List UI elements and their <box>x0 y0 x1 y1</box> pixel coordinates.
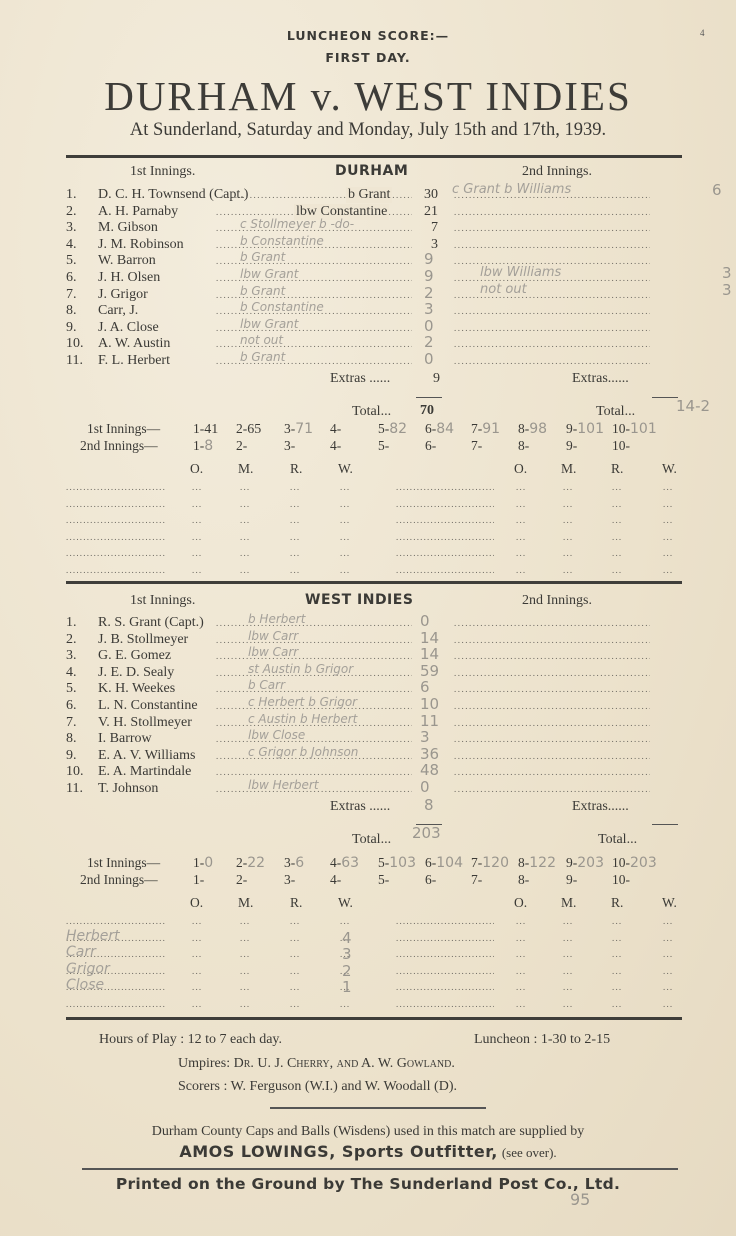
figure-slot: ... <box>563 916 573 926</box>
figure-slot: ... <box>290 916 300 926</box>
dismissal-handwritten: lbw Carr <box>248 629 298 643</box>
runs-handwritten: 9 <box>424 250 434 268</box>
figure-slot: ... <box>612 982 622 992</box>
batter-number: 10. <box>66 764 98 781</box>
dotted-leader: ........................................… <box>216 684 412 694</box>
luncheon-score-heading: LUNCHEON SCORE:— <box>0 28 736 43</box>
fall-of-wicket: 8-122 <box>518 855 556 871</box>
figure-slot: ... <box>563 499 573 509</box>
wicket-number: 6- <box>425 872 436 887</box>
batter-name: W. Barron <box>98 253 156 270</box>
bowler-name-slot: ........................................… <box>66 482 166 492</box>
fall-of-wicket: 5- <box>378 438 389 454</box>
umpires-names: Dr. U. J. Cherry, and A. W. Gowland. <box>234 1056 455 1071</box>
figure-slot: ... <box>192 966 202 976</box>
wicket-score: 6 <box>295 855 304 871</box>
figure-slot: ... <box>240 532 250 542</box>
dotted-leader-2nd: ........................................… <box>454 356 650 366</box>
figure-slot: ... <box>290 966 300 976</box>
batter-number: 10. <box>66 336 98 353</box>
fall-of-wicket: 1-41 <box>193 421 218 438</box>
fall-of-wicket: 7- <box>471 438 482 454</box>
runs-printed: 7 <box>410 220 438 236</box>
runs-handwritten: 0 <box>424 317 434 335</box>
fall-of-wicket: 8-98 <box>518 421 547 437</box>
wicket-number: 2- <box>236 855 247 870</box>
figure-slot: ... <box>663 515 673 525</box>
batter-number: 3. <box>66 648 98 665</box>
wicket-number: 8- <box>518 421 529 436</box>
dotted-leader: ........................................… <box>216 618 412 628</box>
wicket-number: 7- <box>471 872 482 887</box>
fall-of-wicket: 5-103 <box>378 855 416 871</box>
runs-handwritten: 2 <box>424 333 434 351</box>
batter-name: E. A. V. Williams <box>98 748 195 765</box>
wicket-number: 9- <box>566 855 577 870</box>
dotted-leader-2nd: ........................................… <box>454 618 650 628</box>
wicket-score: 63 <box>341 855 359 871</box>
wicket-score: 203 <box>630 855 657 871</box>
dismissal-handwritten: not out <box>240 333 283 347</box>
footer-divider <box>82 1168 678 1170</box>
fall-of-wicket: 4- <box>330 872 341 888</box>
figure-slot: ... <box>340 515 350 525</box>
umpires-label: Umpires: <box>178 1056 230 1071</box>
wickets-handwritten: 2 <box>342 962 352 980</box>
fall-of-wicket: 4-63 <box>330 855 359 871</box>
hours-of-play: Hours of Play : 12 to 7 each day. <box>99 1032 282 1048</box>
bowler-name-handwritten: Close <box>66 977 104 993</box>
dotted-leader-2nd: ........................................… <box>454 767 650 777</box>
bowler-name-slot: ........................................… <box>66 499 166 509</box>
section-divider <box>66 155 682 158</box>
bowling-col-w: W. <box>662 895 677 911</box>
wicket-score: 22 <box>247 855 265 871</box>
fall-of-wicket: 3- <box>284 872 295 888</box>
figure-slot: ... <box>516 515 526 525</box>
figure-slot: ... <box>340 999 350 1009</box>
batter-number: 8. <box>66 731 98 748</box>
dotted-leader-2nd: ........................................… <box>454 668 650 678</box>
batter-name: E. A. Martindale <box>98 764 191 781</box>
dismissal-handwritten: b Carr <box>248 678 285 692</box>
fall-of-wicket: 9- <box>566 438 577 454</box>
runs-handwritten: 36 <box>420 745 439 763</box>
figure-slot: ... <box>612 966 622 976</box>
bowler-name-slot-2nd: ........................................… <box>396 482 494 492</box>
wi-fow-1st-label: 1st Innings— <box>87 855 160 871</box>
figure-slot: ... <box>612 499 622 509</box>
batter-number: 2. <box>66 632 98 649</box>
figure-slot: ... <box>192 916 202 926</box>
dismissal-2nd-handwritten: lbw Williams <box>480 265 561 280</box>
dotted-leader-2nd: ........................................… <box>454 651 650 661</box>
runs-2nd-handwritten: 6 <box>712 181 722 199</box>
bowler-name-slot-2nd: ........................................… <box>396 966 494 976</box>
fall-of-wicket: 10-203 <box>612 855 657 871</box>
figure-slot: ... <box>340 482 350 492</box>
wicket-score: 103 <box>389 855 416 871</box>
figure-slot: ... <box>240 499 250 509</box>
runs-handwritten: 0 <box>420 778 430 796</box>
wicket-score: 91 <box>482 421 500 437</box>
figure-slot: ... <box>290 999 300 1009</box>
figure-slot: ... <box>563 548 573 558</box>
batter-number: 11. <box>66 353 98 370</box>
durham-team-heading: DURHAM <box>335 163 408 179</box>
fall-of-wicket: 3-71 <box>284 421 313 437</box>
printer-credit: Printed on the Ground by The Sunderland … <box>0 1175 736 1193</box>
figure-slot: ... <box>516 499 526 509</box>
bowling-col-r: R. <box>290 461 302 477</box>
figure-slot: ... <box>516 548 526 558</box>
dismissal-handwritten: lbw Grant <box>240 317 298 331</box>
bowling-col-m: M. <box>238 461 253 477</box>
dotted-leader-2nd: ........................................… <box>454 718 650 728</box>
wicket-number: 5- <box>378 872 389 887</box>
supplier-note: Durham County Caps and Balls (Wisdens) u… <box>0 1124 736 1140</box>
wicket-number: 8- <box>518 438 529 453</box>
durham-fow-1st-label: 1st Innings— <box>87 421 160 437</box>
batter-name: A. H. Parnaby <box>98 204 178 221</box>
wicket-number: 4- <box>330 438 341 453</box>
fall-of-wicket: 9- <box>566 872 577 888</box>
batter-number: 2. <box>66 204 98 221</box>
figure-slot: ... <box>663 933 673 943</box>
dotted-leader-2nd: ........................................… <box>454 240 650 250</box>
figure-slot: ... <box>563 515 573 525</box>
batter-name: J. A. Close <box>98 320 159 337</box>
fall-of-wicket: 4- <box>330 438 341 454</box>
dismissal-handwritten: b Grant <box>240 350 285 364</box>
dotted-leader-2nd: ........................................… <box>454 751 650 761</box>
see-over-note: (see over). <box>502 1145 557 1160</box>
wi-total-value: 203 <box>412 824 441 842</box>
figure-slot: ... <box>340 499 350 509</box>
wicket-score: 101 <box>630 421 657 437</box>
batter-number: 7. <box>66 287 98 304</box>
figure-slot: ... <box>663 916 673 926</box>
runs-printed: 21 <box>410 204 438 220</box>
dismissal-handwritten: b Grant <box>240 250 285 264</box>
figure-slot: ... <box>516 565 526 575</box>
figure-slot: ... <box>290 949 300 959</box>
bowling-col-o: O. <box>514 895 527 911</box>
wicket-number: 2- <box>236 872 247 887</box>
dismissal-handwritten: b Constantine <box>240 300 324 314</box>
fall-of-wicket: 6- <box>425 872 436 888</box>
dotted-leader: ........................................… <box>216 767 412 777</box>
dismissal-handwritten: b Herbert <box>248 612 305 626</box>
runs-printed: 30 <box>410 187 438 203</box>
dismissal-handwritten: c Grigor b Johnson <box>248 745 358 759</box>
durham-total-2nd-handwritten: 14-2 <box>676 397 710 415</box>
wi-first-innings-heading: 1st Innings. <box>130 593 195 609</box>
figure-slot: ... <box>612 933 622 943</box>
figure-slot: ... <box>240 916 250 926</box>
figure-slot: ... <box>240 933 250 943</box>
wi-extras-value: 8 <box>424 796 434 814</box>
bowler-name-slot: ........................................… <box>66 999 166 1009</box>
figure-slot: ... <box>192 548 202 558</box>
fall-of-wicket: 7- <box>471 872 482 888</box>
fall-of-wicket: 3- <box>284 438 295 454</box>
wi-fow-2nd-label: 2nd Innings— <box>80 872 158 888</box>
wicket-number: 6- <box>425 421 436 436</box>
bowling-col-r: R. <box>611 461 623 477</box>
wicket-number: 5- <box>378 855 389 870</box>
durham-extras-2nd-label: Extras...... <box>572 371 629 387</box>
fall-of-wicket: 5-82 <box>378 421 407 437</box>
umpires-line: Umpires: Dr. U. J. Cherry, and A. W. Gow… <box>178 1056 455 1072</box>
figure-slot: ... <box>340 532 350 542</box>
dismissal-handwritten: c Austin b Herbert <box>248 712 357 726</box>
runs-handwritten: 48 <box>420 761 439 779</box>
wicket-score: 71 <box>295 421 313 437</box>
wicket-score: 120 <box>482 855 509 871</box>
figure-slot: ... <box>663 999 673 1009</box>
figure-slot: ... <box>563 565 573 575</box>
bowler-name-slot-2nd: ........................................… <box>396 532 494 542</box>
batter-name: J. Grigor <box>98 287 148 304</box>
figure-slot: ... <box>240 548 250 558</box>
fall-of-wicket: 7-91 <box>471 421 500 437</box>
wicket-score: 122 <box>529 855 556 871</box>
runs-2nd-handwritten: 3 <box>722 264 732 282</box>
batter-number: 4. <box>66 665 98 682</box>
dotted-leader-2nd: ........................................… <box>454 339 650 349</box>
fall-of-wicket: 5- <box>378 872 389 888</box>
batter-number: 6. <box>66 270 98 287</box>
figure-slot: ... <box>340 565 350 575</box>
figure-slot: ... <box>192 499 202 509</box>
figure-slot: ... <box>516 482 526 492</box>
fall-of-wicket: 2-65 <box>236 421 261 438</box>
durham-second-innings-heading: 2nd Innings. <box>522 164 592 180</box>
bowler-name-slot: ........................................… <box>66 565 166 575</box>
wicket-number: 9- <box>566 421 577 436</box>
wicket-number: 5- <box>378 438 389 453</box>
figure-slot: ... <box>612 916 622 926</box>
dismissal-handwritten: st Austin b Grigor <box>248 662 353 676</box>
figure-slot: ... <box>663 499 673 509</box>
batter-name: G. E. Gomez <box>98 648 171 665</box>
runs-handwritten: 3 <box>420 728 430 746</box>
figure-slot: ... <box>240 999 250 1009</box>
batter-name: K. H. Weekes <box>98 681 175 698</box>
first-day-heading: FIRST DAY. <box>0 50 736 65</box>
bowling-col-m: M. <box>561 895 576 911</box>
figure-slot: ... <box>516 933 526 943</box>
fall-of-wicket: 1-0 <box>193 855 213 871</box>
batter-number: 1. <box>66 615 98 632</box>
figure-slot: ... <box>240 515 250 525</box>
wicket-number: 4- <box>330 855 341 870</box>
durham-total-value: 70 <box>420 403 434 419</box>
wicket-number: 7- <box>471 855 482 870</box>
fall-of-wicket: 1-8 <box>193 438 213 454</box>
fall-of-wicket: 7-120 <box>471 855 509 871</box>
dotted-leader: ........................................… <box>216 651 412 661</box>
runs-handwritten: 2 <box>424 284 434 302</box>
wicket-number: 7- <box>471 421 482 436</box>
fall-of-wicket: 10-101 <box>612 421 657 437</box>
batter-name: L. N. Constantine <box>98 698 198 715</box>
corner-mark: 4 <box>700 28 705 38</box>
bowling-col-m: M. <box>238 895 253 911</box>
figure-slot: ... <box>192 482 202 492</box>
bowler-name-handwritten: Herbert <box>66 928 120 944</box>
dotted-leader-2nd: ........................................… <box>454 323 650 333</box>
bowler-name-slot: ........................................… <box>66 532 166 542</box>
fall-of-wicket: 6-84 <box>425 421 454 437</box>
batter-number: 1. <box>66 187 98 204</box>
wi-team-heading: WEST INDIES <box>305 592 413 608</box>
fall-of-wicket: 6- <box>425 438 436 454</box>
wicket-score: 203 <box>577 855 604 871</box>
section-divider <box>66 581 682 584</box>
wicket-number: 8- <box>518 872 529 887</box>
bowler-name-handwritten: Grigor <box>66 961 110 977</box>
runs-handwritten: 14 <box>420 629 439 647</box>
runs-handwritten: 6 <box>420 678 430 696</box>
figure-slot: ... <box>340 548 350 558</box>
figure-slot: ... <box>612 482 622 492</box>
wicket-score: 0 <box>204 855 213 871</box>
batter-name: J. M. Robinson <box>98 237 184 254</box>
bowling-col-o: O. <box>190 895 203 911</box>
bowling-col-w: W. <box>338 895 353 911</box>
figure-slot: ... <box>612 999 622 1009</box>
figure-slot: ... <box>612 949 622 959</box>
figure-slot: ... <box>290 499 300 509</box>
figure-slot: ... <box>516 916 526 926</box>
batter-name: J. H. Olsen <box>98 270 160 287</box>
figure-slot: ... <box>240 982 250 992</box>
bowling-col-r: R. <box>611 895 623 911</box>
wicket-score: 8 <box>204 438 213 454</box>
figure-slot: ... <box>192 999 202 1009</box>
wicket-score: 104 <box>436 855 463 871</box>
figure-slot: ... <box>192 949 202 959</box>
wicket-number: 2- <box>236 421 247 436</box>
wicket-number: 1- <box>193 855 204 870</box>
wicket-number: 1- <box>193 872 204 887</box>
fall-of-wicket: 10- <box>612 872 630 888</box>
figure-slot: ... <box>563 482 573 492</box>
figure-slot: ... <box>612 532 622 542</box>
wicket-score: 65 <box>247 422 261 437</box>
figure-slot: ... <box>516 999 526 1009</box>
batter-number: 7. <box>66 715 98 732</box>
dismissal-handwritten: lbw Grant <box>240 267 298 281</box>
dismissal-handwritten: b Constantine <box>240 234 324 248</box>
figure-slot: ... <box>290 548 300 558</box>
bowling-col-o: O. <box>514 461 527 477</box>
figure-slot: ... <box>290 532 300 542</box>
figure-slot: ... <box>516 532 526 542</box>
figure-slot: ... <box>563 982 573 992</box>
dotted-leader-2nd: ........................................… <box>454 734 650 744</box>
bowler-name-slot-2nd: ........................................… <box>396 499 494 509</box>
figure-slot: ... <box>563 532 573 542</box>
wicket-number: 1- <box>193 438 204 453</box>
wicket-number: 7- <box>471 438 482 453</box>
figure-slot: ... <box>290 515 300 525</box>
wicket-number: 10- <box>612 855 630 870</box>
wicket-number: 1- <box>193 421 204 436</box>
batter-name: J. B. Stollmeyer <box>98 632 188 649</box>
dismissal-handwritten: c Herbert b Grigor <box>248 695 357 709</box>
scorers-line: Scorers : W. Ferguson (W.I.) and W. Wood… <box>178 1079 457 1095</box>
dotted-leader-2nd: ........................................… <box>454 306 650 316</box>
runs-handwritten: 10 <box>420 695 439 713</box>
dismissal-handwritten: b Grant <box>240 284 285 298</box>
wickets-handwritten: 4 <box>342 929 352 947</box>
wicket-score: 41 <box>204 422 218 437</box>
bowling-col-r: R. <box>290 895 302 911</box>
footer-divider <box>270 1107 486 1109</box>
figure-slot: ... <box>663 565 673 575</box>
wicket-number: 10- <box>612 438 630 453</box>
wicket-number: 9- <box>566 872 577 887</box>
bowler-name-slot: ........................................… <box>66 916 166 926</box>
dismissal-handwritten: lbw Herbert <box>248 778 319 792</box>
batter-name: Carr, J. <box>98 303 138 320</box>
figure-slot: ... <box>663 482 673 492</box>
wickets-handwritten: 1 <box>342 978 352 996</box>
figure-slot: ... <box>612 515 622 525</box>
dotted-leader: ........................................… <box>216 635 412 645</box>
batter-name: F. L. Herbert <box>98 353 170 370</box>
fall-of-wicket: 9-203 <box>566 855 604 871</box>
figure-slot: ... <box>516 982 526 992</box>
section-divider <box>66 1017 682 1020</box>
batter-number: 11. <box>66 781 98 798</box>
bowler-name-slot-2nd: ........................................… <box>396 548 494 558</box>
wicket-number: 10- <box>612 872 630 887</box>
figure-slot: ... <box>563 966 573 976</box>
dismissal-handwritten: lbw Carr <box>248 645 298 659</box>
batter-number: 4. <box>66 237 98 254</box>
wicket-number: 3- <box>284 438 295 453</box>
bowler-name-slot-2nd: ........................................… <box>396 933 494 943</box>
match-venue-dates: At Sunderland, Saturday and Monday, July… <box>0 120 736 141</box>
batter-name: V. H. Stollmeyer <box>98 715 192 732</box>
bowler-name-slot-2nd: ........................................… <box>396 949 494 959</box>
figure-slot: ... <box>612 565 622 575</box>
batter-name: J. E. D. Sealy <box>98 665 174 682</box>
wicket-number: 4- <box>330 421 341 436</box>
runs-handwritten: 0 <box>420 612 430 630</box>
total-rule <box>416 397 442 398</box>
figure-slot: ... <box>290 565 300 575</box>
runs-handwritten: 11 <box>420 712 439 730</box>
bowler-name-slot-2nd: ........................................… <box>396 515 494 525</box>
runs-handwritten: 59 <box>420 662 439 680</box>
wi-extras-label: Extras ...... <box>330 799 390 815</box>
wicket-score: 84 <box>436 421 454 437</box>
dismissal-printed: b Grant <box>346 187 392 203</box>
durham-fow-2nd-label: 2nd Innings— <box>80 438 158 454</box>
dotted-leader-2nd: ........................................… <box>454 635 650 645</box>
dismissal-2nd-handwritten: c Grant b Williams <box>452 182 571 197</box>
batter-name: T. Johnson <box>98 781 158 798</box>
figure-slot: ... <box>563 999 573 1009</box>
wi-second-innings-heading: 2nd Innings. <box>522 593 592 609</box>
bowler-name-slot-2nd: ........................................… <box>396 982 494 992</box>
wicket-number: 10- <box>612 421 630 436</box>
